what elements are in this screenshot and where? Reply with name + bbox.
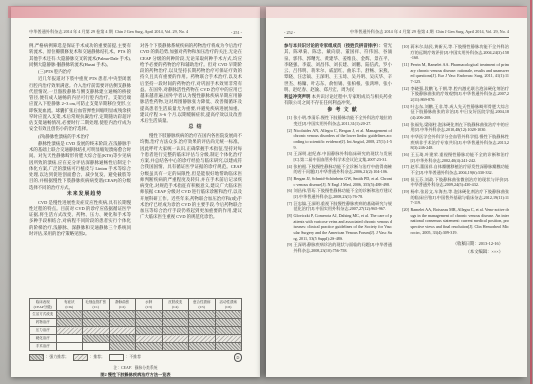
reference-text: 张福先,梁刚柱.泡沫硬化剂在下肢静脉曲张治疗中的应用[J].中华外科杂志,201… xyxy=(411,122,510,133)
subsection-heading: (三)PTS 腔内治疗 xyxy=(29,69,131,75)
section-heading-summary: 总 结 xyxy=(140,125,242,132)
reference-text: Nicolaides AN, Allegra C, Bergan J, et a… xyxy=(294,128,393,151)
paragraph: 慢性下肢静脉疾病的治疗在国内各医院发展尚不均衡,治疗方法众多,治疗效果的评估尚无… xyxy=(140,133,242,221)
reference-text: 张小明,李清乐.慢性下肢静脉功能不全外科治疗地位的变迁[J].中国实用外科杂志,… xyxy=(294,115,393,126)
legend-item: ：强力推荐； xyxy=(29,354,69,361)
table-row: 生活方式改变 xyxy=(30,311,242,319)
recommendation-cell-strong xyxy=(189,311,216,319)
table-legend: ：强力推荐；：推荐；：不推荐② xyxy=(29,353,242,362)
reference-number: [20] xyxy=(401,207,409,236)
recommendation-cell-strong xyxy=(109,343,136,351)
reference-text: Ramelet AA, Boisseau MR, Allegra C, et a… xyxy=(411,207,510,236)
row-label: 药物治疗 xyxy=(30,319,57,327)
reference-text: 王深明.静脉疾病诊治的现状与面临的问题[J].中华普通外科杂志,2008,23(… xyxy=(294,242,393,253)
reference-item: [19]杨牟,张居文,车海杰,等.泡沫硬化剂治疗下肢静脉曲张的临床应用[J].中… xyxy=(401,189,509,206)
table-row: 手术治疗 xyxy=(30,343,242,351)
paragraph: CVD 是慢性进展性炎症反应性疾病,具有长期慢性过程的特点。目前对 CVD 的诊… xyxy=(29,200,131,238)
column-header-line2: (C2) xyxy=(110,305,136,309)
journal-header-text: 中华普通外科杂志 2014 年 4 月第 29 卷第 4 期 Chin J Ge… xyxy=(29,29,188,35)
recommendation-cell-strong xyxy=(189,319,216,327)
table-row: 硬化治疗 xyxy=(30,335,242,343)
table-column-header: 毛细血管扩张(C1) xyxy=(83,299,110,311)
reference-item: [16]王玉琦,叶建荣.重视慢性静脉功能不全的诊断和治疗[J].中华外科杂志,2… xyxy=(401,152,509,163)
reference-text: 中华医学会外科学分会血管外科学组.慢性下肢静脉性疾病非手术治疗专家共识[J].中… xyxy=(411,134,510,151)
conflict-label: 利益冲突声明 xyxy=(284,94,310,99)
treatment-table-block: 临床表现(CEAP分级)有症状(C0s)毛细血管扩张(C1)静脉曲张(C2)水肿… xyxy=(29,298,242,378)
recommendation-cell-none xyxy=(56,343,83,351)
reference-number: [8] xyxy=(284,213,292,242)
column-header-line2: (C1) xyxy=(83,305,109,309)
column-left: 参与本共识讨论的专家组成员（按姓氏拼音排序）：常光其、陈翠菊、陈忠、戴向晨、董国… xyxy=(284,43,392,365)
paragraph: 对各个下肢静脉系统疾病的药物治疗将成为今后治疗 CVD 的新趋势,加强对药物和加… xyxy=(140,43,242,124)
reference-text: 赵军,董国祥.自体瓣膜移植治疗原发性深静脉瓣膜功能不全[J].中华普通外科杂志,… xyxy=(411,164,510,175)
reference-text: 侯玉芬,刘政.下肢静脉曲张微创治疗的现状与评价[J].中华普通外科杂志,2009… xyxy=(411,177,510,188)
recommendation-cell-strong xyxy=(136,327,163,335)
legend-label: ：强力推荐； xyxy=(46,355,69,360)
conflict-statement: 利益冲突声明 本共识讨论过程中,专家组成员与相关药业有限公司之间不存在任何利益冲… xyxy=(284,94,392,107)
recommendation-cell-strong xyxy=(136,311,163,319)
reference-text: 叶志东,刘鹏,王非,等.成人先天性静脉畸形骨肥大综合征下肢静脉曲张的诊治[J].… xyxy=(411,104,510,121)
reference-text: 王深明,赵纪春.中国静脉外科临床研究的现状与发展[C].第二届中国血管外科学术会… xyxy=(294,151,393,162)
table-row: 压力治疗 xyxy=(30,327,242,335)
reference-text: 李晓强,段鹏飞,于朝,等.腔内激光联合泡沫硬化剂治疗下肢静脉曲张的疗效观察[J]… xyxy=(411,86,510,103)
recommendation-cell-rec xyxy=(83,327,110,335)
experts-paragraph: 参与本共识讨论的专家组成员（按姓氏拼音排序）：常光其、陈翠菊、陈忠、戴向晨、董国… xyxy=(284,43,392,93)
reference-text: 杨牟,张居文,车海杰,等.泡沫硬化剂治疗下肢静脉曲张的临床应用[J].中国普外基… xyxy=(411,189,510,206)
recommendation-cell-strong xyxy=(83,319,110,327)
recommendation-cell-rec xyxy=(162,335,189,343)
recommendation-cell-strong xyxy=(56,311,83,319)
recommendation-cell-rec xyxy=(189,335,216,343)
reference-number: [18] xyxy=(401,177,409,188)
reference-number: [13] xyxy=(401,104,409,121)
header-rule xyxy=(29,37,242,38)
table-column-header: 静脉曲张(C2) xyxy=(109,299,136,311)
reference-item: [1]张小明,李清乐.慢性下肢静脉功能不全外科治疗地位的变迁[J].中国实用外科… xyxy=(284,115,392,126)
table-column-header: 临床表现(CEAP分级) xyxy=(30,299,57,311)
reference-item: [17]赵军,董国祥.自体瓣膜移植治疗原发性深静脉瓣膜功能不全[J].中华普通外… xyxy=(401,164,509,175)
reference-item: [5]Bergan JJ, Schmid-Schönbein GW, Smith… xyxy=(284,176,392,187)
reference-item: [9]王深明.静脉疾病诊治的现状与面临的问题[J].中华普通外科杂志,2008,… xyxy=(284,242,392,253)
page-number: - 251 - xyxy=(231,30,242,35)
reference-number: [5] xyxy=(284,176,292,187)
reference-item: [3]王深明,赵纪春.中国静脉外科临床研究的现状与发展[C].第二届中国血管外科… xyxy=(284,151,392,162)
recommendation-cell-strong xyxy=(162,311,189,319)
column-header-line2: (CEAP分级) xyxy=(30,305,56,309)
legend-label: ：推荐； xyxy=(89,355,105,360)
reference-item: [15]中华医学会外科学分会血管外科学组.慢性下肢静脉性疾病非手术治疗专家共识[… xyxy=(401,134,509,151)
reference-number: [9] xyxy=(284,242,292,253)
reference-number: [19] xyxy=(401,189,409,206)
scan-artifact-red-edge xyxy=(530,0,532,384)
reference-item: [4]张柏根.下肢慢性静脉功能不全诊断与治疗中值得商榷的若干问题[J].中华普通… xyxy=(284,164,392,175)
reference-item: [12]李晓强,段鹏飞,于朝,等.腔内激光联合泡沫硬化剂治疗下肢静脉曲张的疗效观… xyxy=(401,86,509,103)
reference-item: [6]刘昌伟,管珩.下肢慢性静脉功能不全的诊断和治疗建议[J].中华普通外科杂志… xyxy=(284,188,392,199)
recommendation-cell-strong xyxy=(162,343,189,351)
legend-swatch-strong xyxy=(29,354,44,361)
legend-label: ：不推荐 xyxy=(125,355,141,360)
reference-text: 张柏根.下肢慢性静脉功能不全诊断与治疗中值得商榷的若干问题[J].中华普通外科杂… xyxy=(294,164,393,175)
recommendation-cell-strong xyxy=(109,319,136,327)
received-date: （收稿日期：2013-12-16） xyxy=(401,240,503,248)
legend-swatch-rec xyxy=(73,354,88,361)
recommendation-cell-strong xyxy=(83,311,110,319)
references-column-2: [10]蒋米尔,陆民,黄新天,等.下肢慢性静脉功能不全外科治疗的远期疗效评价[J… xyxy=(401,44,509,235)
recommendation-cell-rec xyxy=(56,327,83,335)
recommendation-cell-strong xyxy=(56,319,83,327)
reference-number: [12] xyxy=(401,86,409,103)
recommendation-cell-rec xyxy=(109,327,136,335)
reference-text: 刘昌伟,管珩.下肢慢性静脉功能不全的诊断和治疗建议[J].中华普通外科杂志,20… xyxy=(294,188,393,199)
row-label: 生活方式改变 xyxy=(30,311,57,319)
header-rule xyxy=(284,37,509,38)
reference-item: [10]蒋米尔,陆民,黄新天,等.下肢慢性静脉功能不全外科治疗的远期疗效评价[J… xyxy=(401,44,509,61)
references-column-1: [1]张小明,李清乐.慢性下肢静脉功能不全外科治疗地位的变迁[J].中国实用外科… xyxy=(284,115,392,253)
reference-number: [14] xyxy=(401,122,409,133)
table-header-row: 临床表现(CEAP分级)有症状(C0s)毛细血管扩张(C1)静脉曲张(C2)水肿… xyxy=(30,299,242,311)
recommendation-cell-none xyxy=(83,343,110,351)
reference-text: 蒋米尔,陆民,黄新天,等.下肢慢性静脉功能不全外科治疗的远期疗效评价[J].中国… xyxy=(411,44,510,61)
reference-item: [18]侯玉芬,刘政.下肢静脉曲张微创治疗的现状与评价[J].中华普通外科杂志,… xyxy=(401,177,509,188)
page-header: 中华普通外科杂志 2014 年 4 月第 29 卷第 4 期 Chin J Ge… xyxy=(29,29,242,35)
editor-note: （本文编辑：×××） xyxy=(401,248,503,256)
recommendation-cell-strong xyxy=(162,327,189,335)
subsection-heading: (四)静脉性溃疡的手术治疗 xyxy=(29,134,131,140)
treatment-table: 临床表现(CEAP分级)有症状(C0s)毛细血管扩张(C1)静脉曲张(C2)水肿… xyxy=(29,298,242,351)
recommendation-cell-strong xyxy=(215,327,242,335)
column-header-line2: (C5) xyxy=(189,305,215,309)
reference-item: [20]Ramelet AA, Boisseau MR, Allegra C, … xyxy=(401,207,509,236)
reference-text: Bergan JJ, Schmid-Schönbein GW, Smith PD… xyxy=(294,176,393,187)
scanned-journal-spread: 中华普通外科杂志 2014 年 4 月第 29 卷第 4 期 Chin J Ge… xyxy=(0,0,533,384)
row-label: 压力治疗 xyxy=(30,327,57,335)
experts-names: 常光其、陈翠菊、陈忠、戴向晨、董国祥、符伟国、谷涌泉、郭伟、郭曙光、黄建华、姜维… xyxy=(284,43,392,92)
recommendation-cell-strong xyxy=(215,311,242,319)
reference-item: [13]叶志东,刘鹏,王非,等.成人先天性静脉畸形骨肥大综合征下肢静脉曲张的诊治… xyxy=(401,104,509,121)
reference-number: [2] xyxy=(284,128,292,151)
legend-item: ：不推荐 xyxy=(109,354,141,361)
recommendation-cell-rec xyxy=(136,335,163,343)
row-label: 硬化治疗 xyxy=(30,335,57,343)
experts-label: 参与本共识讨论的专家组成员（按姓氏拼音排序）： xyxy=(284,43,383,48)
reference-text: Perrin M, Ramelet AA. Pharmacological tr… xyxy=(411,62,510,85)
table-note: 注：CEAP：静脉分类系统 xyxy=(29,366,242,371)
recommendation-cell-strong xyxy=(136,319,163,327)
section-heading-future-trends: 未来发展趋势 xyxy=(29,192,131,199)
reference-number: [11] xyxy=(401,62,409,85)
column-right: 对各个下肢静脉系统疾病的药物治疗将成为今后治疗 CVD 的新趋势,加强对药物和加… xyxy=(140,43,242,295)
figure-caption: 图2 慢性下肢静脉疾病治疗方法一览表 xyxy=(29,372,242,378)
table-column-header: 愈合性溃疡(C5) xyxy=(189,299,216,311)
reference-number: [7] xyxy=(284,201,292,212)
reference-text: 汪忠镐,王深明.重视下肢慢性静脉疾病的基础研究与规范化治疗[J].中国实用外科杂… xyxy=(294,201,393,212)
column-right: [10]蒋米尔,陆民,黄新天,等.下肢慢性静脉功能不全外科治疗的远期疗效评价[J… xyxy=(401,43,509,365)
reference-number: [17] xyxy=(401,164,409,175)
row-label: 手术治疗 xyxy=(30,343,57,351)
legend-item: ：推荐； xyxy=(73,354,105,361)
reference-item: [14]张福先,梁刚柱.泡沫硬化剂在下肢静脉曲张治疗中的应用[J].中华外科杂志… xyxy=(401,122,509,133)
paragraph: 例,严格病例筛选是保证手术成功的重要前提,主要有转流术、原位瓣膜修复术和交通静脉… xyxy=(29,43,131,68)
table-column-header: 皮肤改变(C4) xyxy=(162,299,189,311)
page-251: 中华普通外科杂志 2014 年 4 月第 29 卷第 4 期 Chin J Ge… xyxy=(11,7,260,377)
page-252: - 252 - 中华普通外科杂志 2014 年 4 月第 29 卷第 4 期 C… xyxy=(266,7,527,377)
article-tail: （收稿日期：2013-12-16） （本文编辑：×××） xyxy=(401,240,509,255)
reference-item: [2]Nicolaides AN, Allegra C, Bergan J, e… xyxy=(284,128,392,151)
reference-item: [11]Perrin M, Ramelet AA. Pharmacologica… xyxy=(401,62,509,85)
table-column-header: 活动性溃疡(C6) xyxy=(215,299,242,311)
page-number: - 252 - xyxy=(284,30,295,35)
paragraph: 静脉性溃疡是 CVD 发展的终末阶段,在浅静脉手术的基础上联合交通静脉结扎可明显… xyxy=(29,141,131,191)
table-column-header: 有症状(C0s) xyxy=(56,299,83,311)
recommendation-cell-strong xyxy=(136,343,163,351)
column-header-line1: 愈合性溃疡 xyxy=(189,300,215,304)
recommendation-cell-none xyxy=(56,335,83,343)
recommendation-cell-strong xyxy=(189,343,216,351)
reference-text: Gloviczki P, Comerota AJ, Dalsing MC, et… xyxy=(294,213,393,242)
journal-header-text: 中华普通外科杂志 2014 年 4 月第 29 卷第 4 期 Chin J Ge… xyxy=(350,29,509,35)
body-columns: 参与本共识讨论的专家组成员（按姓氏拼音排序）：常光其、陈翠菊、陈忠、戴向晨、董国… xyxy=(284,43,509,365)
column-header-line2: (C3) xyxy=(136,305,162,309)
recommendation-cell-strong xyxy=(109,335,136,343)
references-heading: 参 考 文 献 xyxy=(284,108,392,115)
circled-number: ② xyxy=(234,353,243,362)
table-column-header: 水肿(C3) xyxy=(136,299,163,311)
reference-number: [16] xyxy=(401,152,409,163)
reference-number: [1] xyxy=(284,115,292,126)
column-header-line2: (C0s) xyxy=(57,305,83,309)
recommendation-cell-strong xyxy=(215,319,242,327)
legend-swatch-none xyxy=(109,354,124,361)
paragraph: 近几年报道对下肢中重度 PTS 患者,中央型闭塞行腔内治疗效果满意。介入治疗前需… xyxy=(29,76,131,132)
reference-text: 王玉琦,叶建荣.重视慢性静脉功能不全的诊断和治疗[J].中华外科杂志,2002,… xyxy=(411,152,510,163)
recommendation-cell-strong xyxy=(215,343,242,351)
reference-number: [4] xyxy=(284,164,292,175)
column-header-line2: (C4) xyxy=(163,305,189,309)
column-left: 例,严格病例筛选是保证手术成功的重要前提,主要有转流术、原位瓣膜修复术和交通静脉… xyxy=(29,43,131,295)
column-header-line1: 毛细血管扩张 xyxy=(83,300,109,304)
reference-item: [8]Gloviczki P, Comerota AJ, Dalsing MC,… xyxy=(284,213,392,242)
body-columns: 例,严格病例筛选是保证手术成功的重要前提,主要有转流术、原位瓣膜修复术和交通静脉… xyxy=(29,43,242,295)
recommendation-cell-strong xyxy=(162,319,189,327)
reference-number: [3] xyxy=(284,151,292,162)
reference-number: [10] xyxy=(401,44,409,61)
recommendation-cell-strong xyxy=(189,327,216,335)
reference-number: [6] xyxy=(284,188,292,199)
reference-number: [15] xyxy=(401,134,409,151)
recommendation-cell-strong xyxy=(109,311,136,319)
recommendation-cell-rec xyxy=(215,335,242,343)
table-row: 药物治疗 xyxy=(30,319,242,327)
recommendation-cell-strong xyxy=(83,335,110,343)
reference-item: [7]汪忠镐,王深明.重视下肢慢性静脉疾病的基础研究与规范化治疗[J].中国实用… xyxy=(284,201,392,212)
page-header: - 252 - 中华普通外科杂志 2014 年 4 月第 29 卷第 4 期 C… xyxy=(284,29,509,35)
column-header-line2: (C6) xyxy=(216,305,242,309)
